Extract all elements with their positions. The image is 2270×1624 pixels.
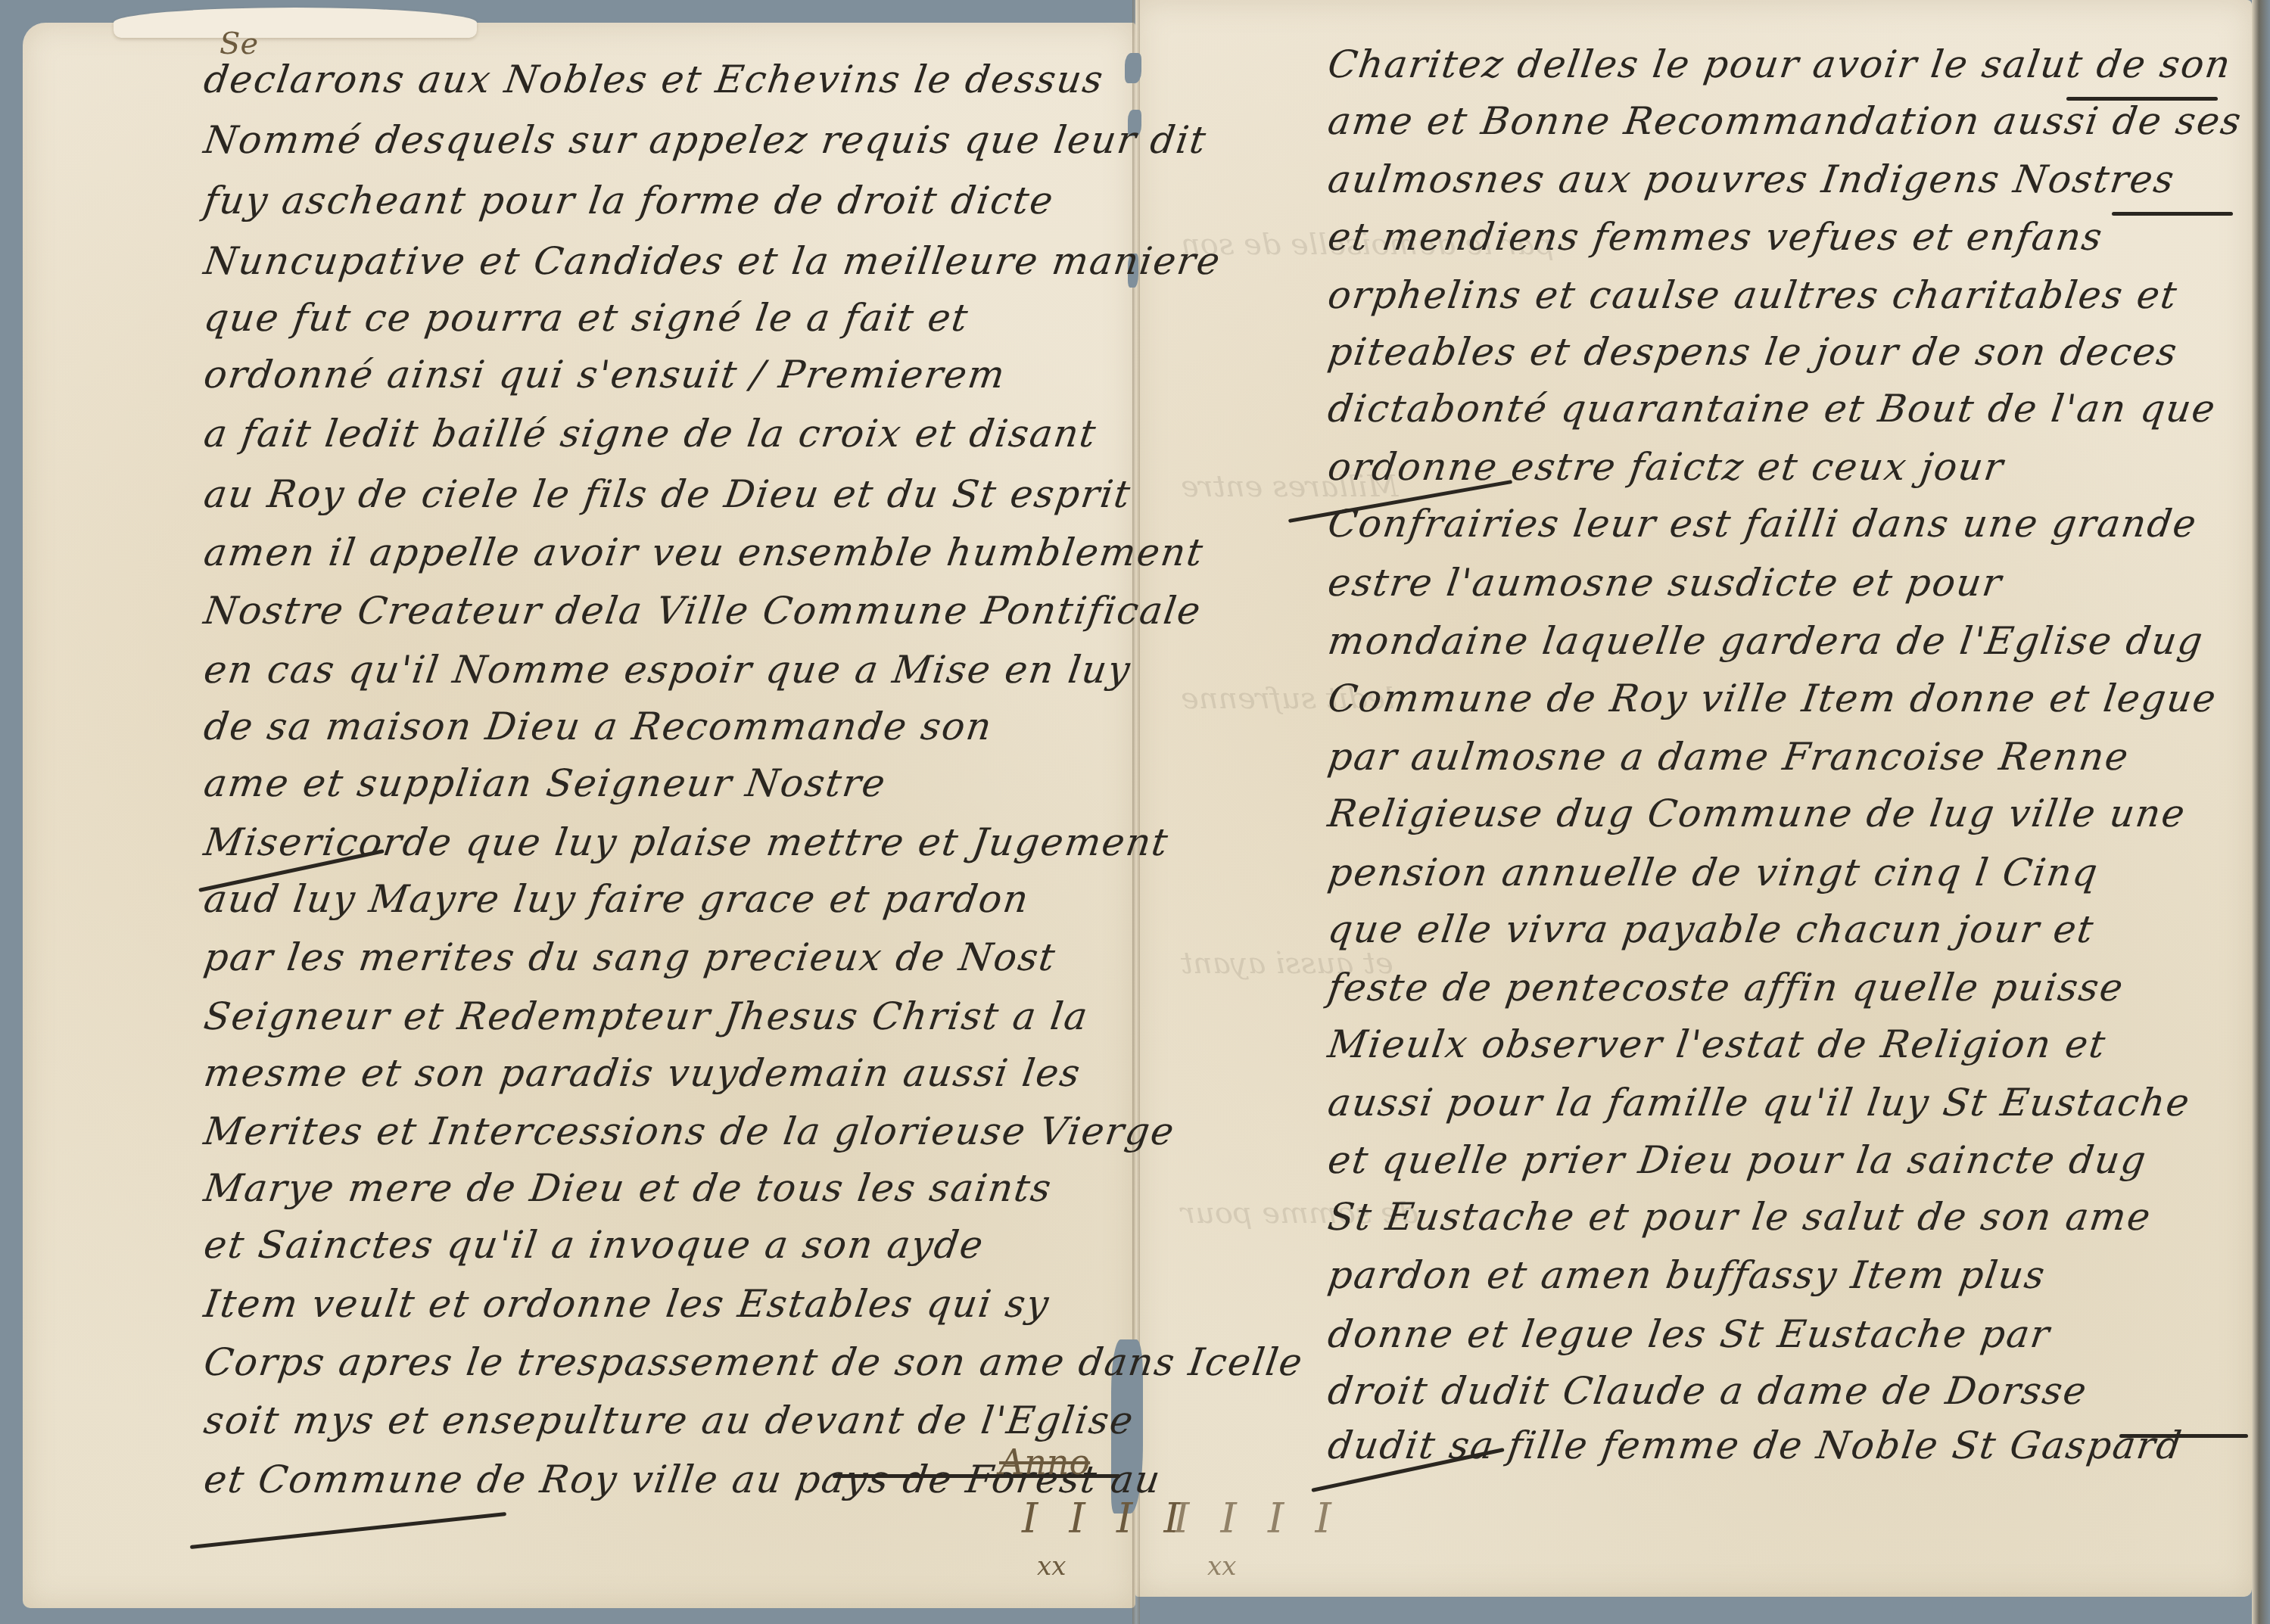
manuscript-line: Nuncupative et Candides et la meilleure …: [201, 242, 1223, 280]
manuscript-line: Misericorde que luy plaise mettre et Jug…: [201, 823, 1171, 861]
manuscript-line: fuy ascheant pour la forme de droit dict…: [201, 182, 1057, 219]
manuscript-line: mesme et son paradis vuydemain aussi les: [201, 1054, 1083, 1092]
manuscript-line: ame et Bonne Recommandation aussi de ses: [1325, 102, 2244, 140]
manuscript-line: a fait ledit baillé signe de la croix et…: [201, 415, 1099, 453]
manuscript-line: donne et legue les St Eustache par: [1325, 1315, 2053, 1353]
right-page-edge: [2252, 0, 2270, 1624]
manuscript-line: de sa maison Dieu a Recommande son: [201, 708, 995, 745]
manuscript-line: en cas qu'il Nomme espoir que a Mise en …: [201, 651, 1133, 689]
manuscript-line: Commune de Roy ville Item donne et legue: [1325, 680, 2219, 717]
manuscript-line: Nommé desquels sur appelez requis que le…: [201, 121, 1209, 159]
manuscript-line: Confrairies leur est failli dans une gra…: [1325, 505, 2200, 543]
manuscript-line: au Roy de ciele le fils de Dieu et du St…: [201, 475, 1133, 513]
flourish-stroke: [2119, 1434, 2248, 1438]
manuscript-line: Corps apres le trespassement de son ame …: [201, 1343, 1306, 1381]
manuscript-line: que elle vivra payable chacun jour et: [1325, 910, 2097, 948]
manuscript-line: ame et supplian Seigneur Nostre: [201, 764, 889, 802]
manuscript-line: aud luy Mayre luy faire grace et pardon: [201, 880, 1032, 918]
tally-submark-offset: xx: [1207, 1551, 1236, 1582]
manuscript-line: Marye mere de Dieu et de tous les saints: [201, 1169, 1054, 1207]
manuscript-line: amen il appelle avoir veu ensemble humbl…: [201, 534, 1206, 571]
manuscript-line: et mendiens femmes vefues et enfans: [1325, 218, 2105, 256]
manuscript-line: que fut ce pourra et signé le a fait et: [201, 299, 971, 337]
manuscript-line: declarons aux Nobles et Echevins le dess…: [201, 61, 1106, 98]
manuscript-line: dictabonté quarantaine et Bout de l'an q…: [1325, 390, 2219, 428]
manuscript-line: pardon et amen buffassy Item plus: [1325, 1256, 2048, 1294]
manuscript-line: aulmosnes aux pouvres Indigens Nostres: [1325, 160, 2177, 198]
manuscript-line: aussi pour la famille qu'il luy St Eusta…: [1325, 1084, 2193, 1122]
tally-mark-offset: I I I I: [1173, 1495, 1341, 1542]
manuscript-line: par les merites du sang precieux de Nost: [201, 938, 1058, 976]
manuscript-line: ordonné ainsi qui s'ensuit / Premierem: [201, 356, 1007, 394]
manuscript-line: et quelle prier Dieu pour la saincte dug: [1325, 1141, 2149, 1179]
manuscript-line: feste de pentecoste affin quelle puisse: [1325, 969, 2126, 1006]
flourish-stroke: [2066, 97, 2218, 101]
manuscript-line: Item veult et ordonne les Estables qui s…: [201, 1285, 1052, 1323]
tally-submark: xx: [1037, 1551, 1066, 1582]
manuscript-line: Religieuse dug Commune de lug ville une: [1325, 795, 2188, 832]
struck-word: Anno: [999, 1442, 1090, 1482]
manuscript-line: piteables et despens le jour de son dece…: [1325, 333, 2180, 371]
manuscript-line: droit dudit Claude a dame de Dorsse: [1325, 1372, 2090, 1410]
manuscript-line: Charitez delles le pour avoir le salut d…: [1325, 45, 2234, 83]
manuscript-line: Mieulx observer l'estat de Religion et: [1325, 1025, 2108, 1063]
manuscript-line: soit mys et ensepulture au devant de l'E…: [201, 1402, 1136, 1439]
flourish-stroke: [2112, 212, 2233, 216]
torn-paper-edge: [114, 8, 477, 38]
manuscript-line: Seigneur et Redempteur Jhesus Christ a l…: [201, 997, 1091, 1035]
manuscript-line: Nostre Createur dela Ville Commune Ponti…: [201, 592, 1204, 630]
superscript-mark: Se: [220, 26, 258, 61]
manuscript-line: Merites et Intercessions de la glorieuse…: [201, 1112, 1177, 1150]
tally-mark: I I I I: [1022, 1495, 1189, 1542]
manuscript-line: estre l'aumosne susdicte et pour: [1325, 564, 2004, 602]
manuscript-line: par aulmosne a dame Francoise Renne: [1325, 738, 2131, 776]
manuscript-line: orphelins et caulse aultres charitables …: [1325, 276, 2180, 314]
manuscript-line: mondaine laquelle gardera de l'Eglise du…: [1325, 622, 2206, 660]
manuscript-line: ordonne estre faictz et ceux jour: [1325, 448, 2007, 486]
gutter-tear: [1125, 53, 1141, 83]
manuscript-line: pension annuelle de vingt cinq l Cinq: [1325, 854, 2101, 891]
manuscript-line: St Eustache et pour le salut de son ame: [1325, 1198, 2153, 1236]
manuscript-line: et Sainctes qu'il a invoque a son ayde: [201, 1226, 986, 1264]
